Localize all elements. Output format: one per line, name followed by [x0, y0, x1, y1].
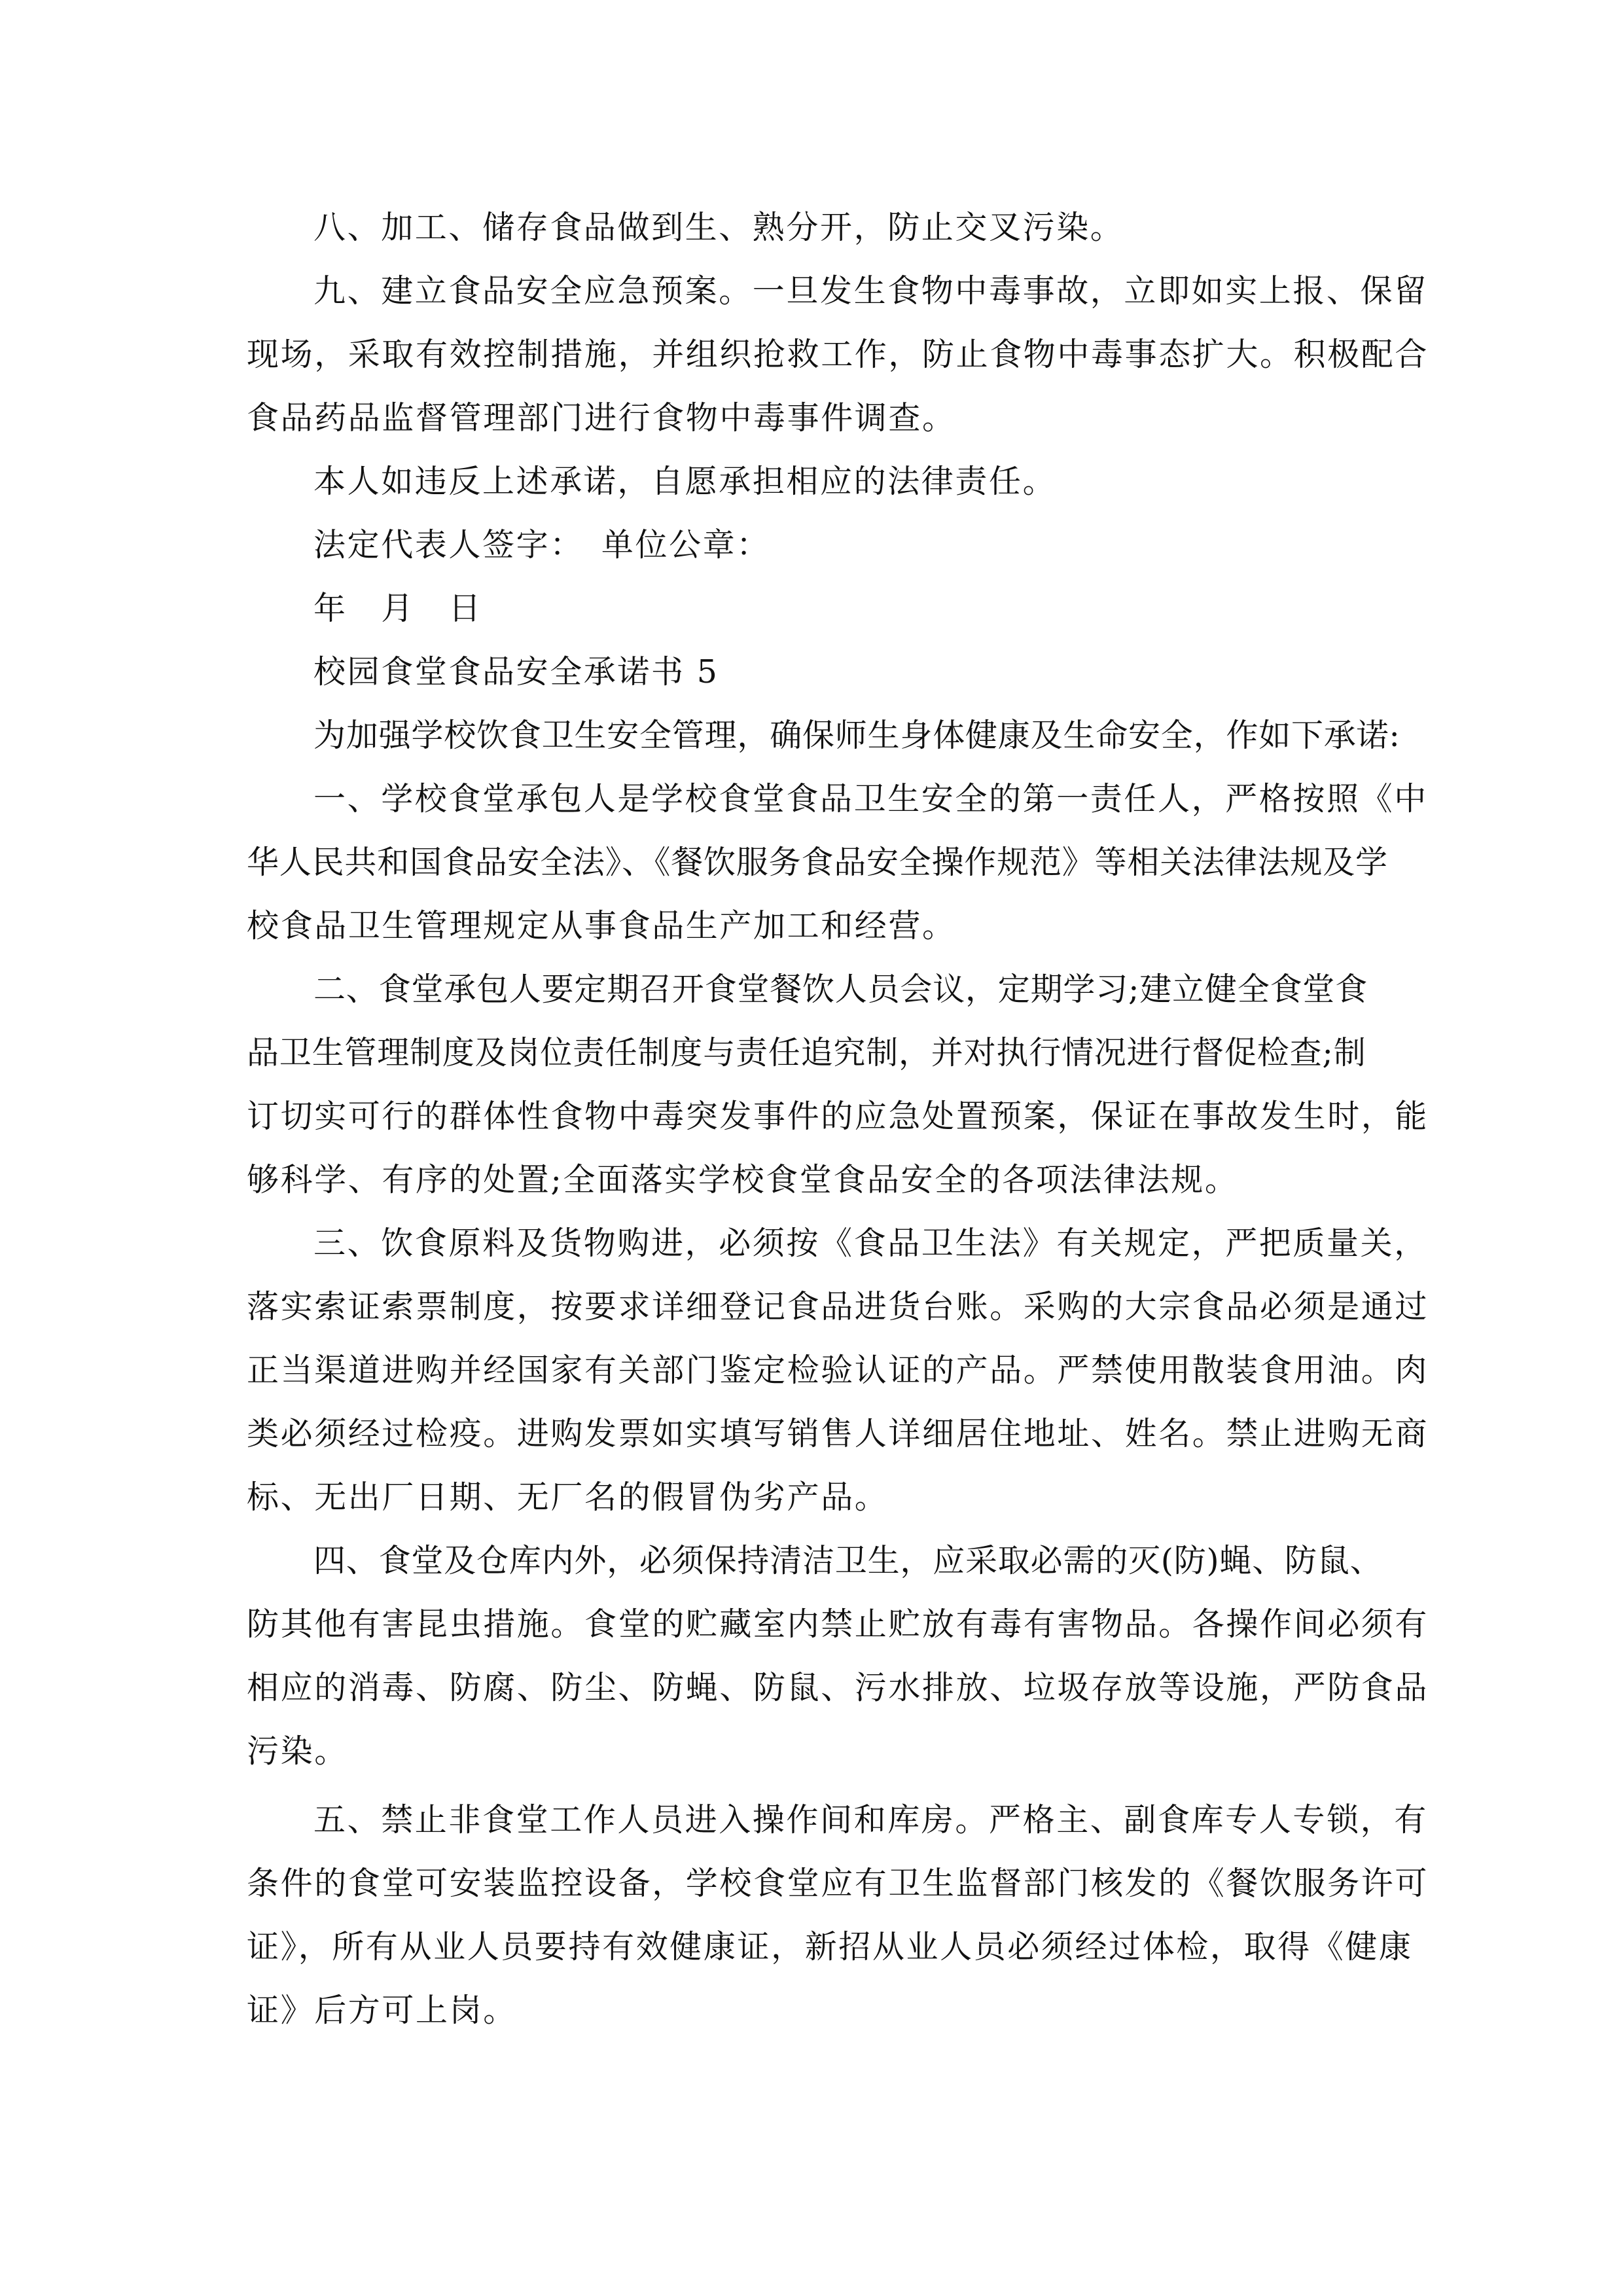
text-line: 证》，所有从业人员要持有效健康证，新招从业人员必须经过体检，取得《健康	[247, 1928, 1376, 1991]
paragraph-item-3: 三、饮食原料及货物购进，必须按《食品卫生法》有关规定，严把质量关， 落实索证索票…	[247, 1224, 1376, 1541]
paragraph-item-2: 二、食堂承包人要定期召开食堂餐饮人员会议，定期学习;建立健全食堂食 品卫生管理制…	[247, 970, 1376, 1224]
paragraph-item-9: 九、建立食品安全应急预案。一旦发生食物中毒事故，立即如实上报、保留 现场，采取有…	[247, 272, 1376, 462]
text-line: 华人民共和国食品安全法》、《餐饮服务食品安全操作规范》等相关法律法规及学	[247, 843, 1376, 906]
text-line: 食品药品监督管理部门进行食物中毒事件调查。	[247, 399, 1376, 462]
text-line: 落实索证索票制度，按要求详细登记食品进货台账。采购的大宗食品必须是通过	[247, 1287, 1376, 1351]
signature-label: 法定代表人签字： 单位公章：	[247, 526, 1376, 589]
text-line: 订切实可行的群体性食物中毒突发事件的应急处置预案，保证在事故发生时，能	[247, 1097, 1376, 1160]
paragraph-liability: 本人如违反上述承诺，自愿承担相应的法律责任。	[247, 462, 1376, 526]
date-line: 年 月 日	[247, 589, 1376, 653]
text-line: 正当渠道进购并经国家有关部门鉴定检验认证的产品。严禁使用散装食用油。肉	[247, 1351, 1376, 1414]
text-line: 相应的消毒、防腐、防尘、防蝇、防鼠、污水排放、垃圾存放等设施，严防食品	[247, 1668, 1376, 1732]
text-line: 九、建立食品安全应急预案。一旦发生食物中毒事故，立即如实上报、保留	[247, 272, 1376, 335]
paragraph-intro: 为加强学校饮食卫生安全管理，确保师生身体健康及生命安全，作如下承诺:	[247, 716, 1376, 780]
text-line: 为加强学校饮食卫生安全管理，确保师生身体健康及生命安全，作如下承诺:	[247, 716, 1376, 780]
text-line: 四、食堂及仓库内外，必须保持清洁卫生，应采取必需的灭(防)蝇、防鼠、	[247, 1541, 1376, 1605]
signature-line: 法定代表人签字： 单位公章：	[247, 526, 1376, 589]
text-line: 标、无出厂日期、无厂名的假冒伪劣产品。	[247, 1478, 1376, 1541]
text-line: 够科学、有序的处置;全面落实学校食堂食品安全的各项法律法规。	[247, 1160, 1376, 1224]
text-line: 校食品卫生管理规定从事食品生产加工和经营。	[247, 906, 1376, 970]
text-line: 类必须经过检疫。进购发票如实填写销售人详细居住地址、姓名。禁止进购无商	[247, 1414, 1376, 1478]
date-label: 年 月 日	[247, 589, 1376, 653]
text-line: 证》后方可上岗。	[247, 1991, 1376, 2054]
text-line: 五、禁止非食堂工作人员进入操作间和库房。严格主、副食库专人专锁，有	[247, 1801, 1376, 1864]
text-line: 现场，采取有效控制措施，并组织抢救工作，防止食物中毒事态扩大。积极配合	[247, 335, 1376, 399]
section-title-text: 校园食堂食品安全承诺书 5	[247, 653, 1376, 716]
paragraph-item-4: 四、食堂及仓库内外，必须保持清洁卫生，应采取必需的灭(防)蝇、防鼠、 防其他有害…	[247, 1541, 1376, 1795]
paragraph-spacer	[247, 1795, 1376, 1801]
text-line: 品卫生管理制度及岗位责任制度与责任追究制，并对执行情况进行督促检查;制	[247, 1033, 1376, 1097]
paragraph-item-1: 一、学校食堂承包人是学校食堂食品卫生安全的第一责任人，严格按照《中 华人民共和国…	[247, 780, 1376, 970]
text-line: 三、饮食原料及货物购进，必须按《食品卫生法》有关规定，严把质量关，	[247, 1224, 1376, 1287]
section-title: 校园食堂食品安全承诺书 5	[247, 653, 1376, 716]
text-line: 污染。	[247, 1732, 1376, 1795]
document-page: 八、加工、储存食品做到生、熟分开，防止交叉污染。 九、建立食品安全应急预案。一旦…	[247, 208, 1376, 2054]
text-line: 二、食堂承包人要定期召开食堂餐饮人员会议，定期学习;建立健全食堂食	[247, 970, 1376, 1033]
text-line: 条件的食堂可安装监控设备，学校食堂应有卫生监督部门核发的《餐饮服务许可	[247, 1864, 1376, 1928]
paragraph-item-5: 五、禁止非食堂工作人员进入操作间和库房。严格主、副食库专人专锁，有 条件的食堂可…	[247, 1801, 1376, 2054]
text-line: 八、加工、储存食品做到生、熟分开，防止交叉污染。	[247, 208, 1376, 272]
text-line: 一、学校食堂承包人是学校食堂食品卫生安全的第一责任人，严格按照《中	[247, 780, 1376, 843]
text-line: 防其他有害昆虫措施。食堂的贮藏室内禁止贮放有毒有害物品。各操作间必须有	[247, 1605, 1376, 1668]
paragraph-item-8: 八、加工、储存食品做到生、熟分开，防止交叉污染。	[247, 208, 1376, 272]
text-line: 本人如违反上述承诺，自愿承担相应的法律责任。	[247, 462, 1376, 526]
